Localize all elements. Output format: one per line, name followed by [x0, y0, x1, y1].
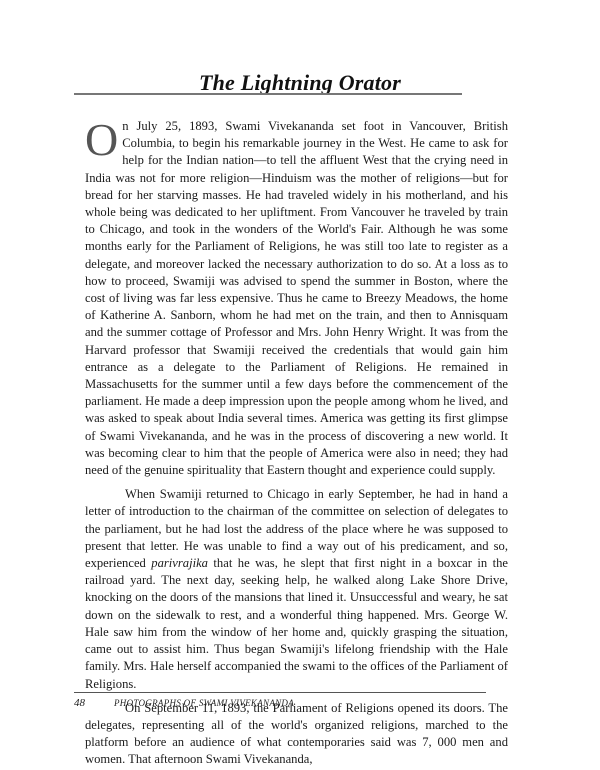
running-footer-title: PHOTOGRAPHS OF SWAMI VIVEKANANDA: [114, 698, 294, 708]
paragraph-2-text-b: that he was, he slept that first night i…: [85, 556, 508, 690]
paragraph-1: On July 25, 1893, Swami Vivekananda set …: [85, 118, 508, 479]
title-divider: [74, 93, 462, 95]
paragraph-1-text: n July 25, 1893, Swami Vivekananda set f…: [85, 119, 508, 477]
drop-cap: O: [85, 122, 118, 158]
page-number: 48: [74, 697, 114, 709]
footer-divider: [74, 692, 486, 693]
italic-term-parivrajika: parivrajika: [151, 556, 208, 570]
paragraph-2: When Swamiji returned to Chicago in earl…: [85, 486, 508, 692]
page-footer: 48PHOTOGRAPHS OF SWAMI VIVEKANANDA: [74, 697, 294, 709]
paragraph-3: On September 11, 1893, the Parliament of…: [85, 700, 508, 769]
paragraph-3-text: On September 11, 1893, the Parliament of…: [85, 701, 508, 767]
body-text: On July 25, 1893, Swami Vivekananda set …: [85, 118, 508, 770]
